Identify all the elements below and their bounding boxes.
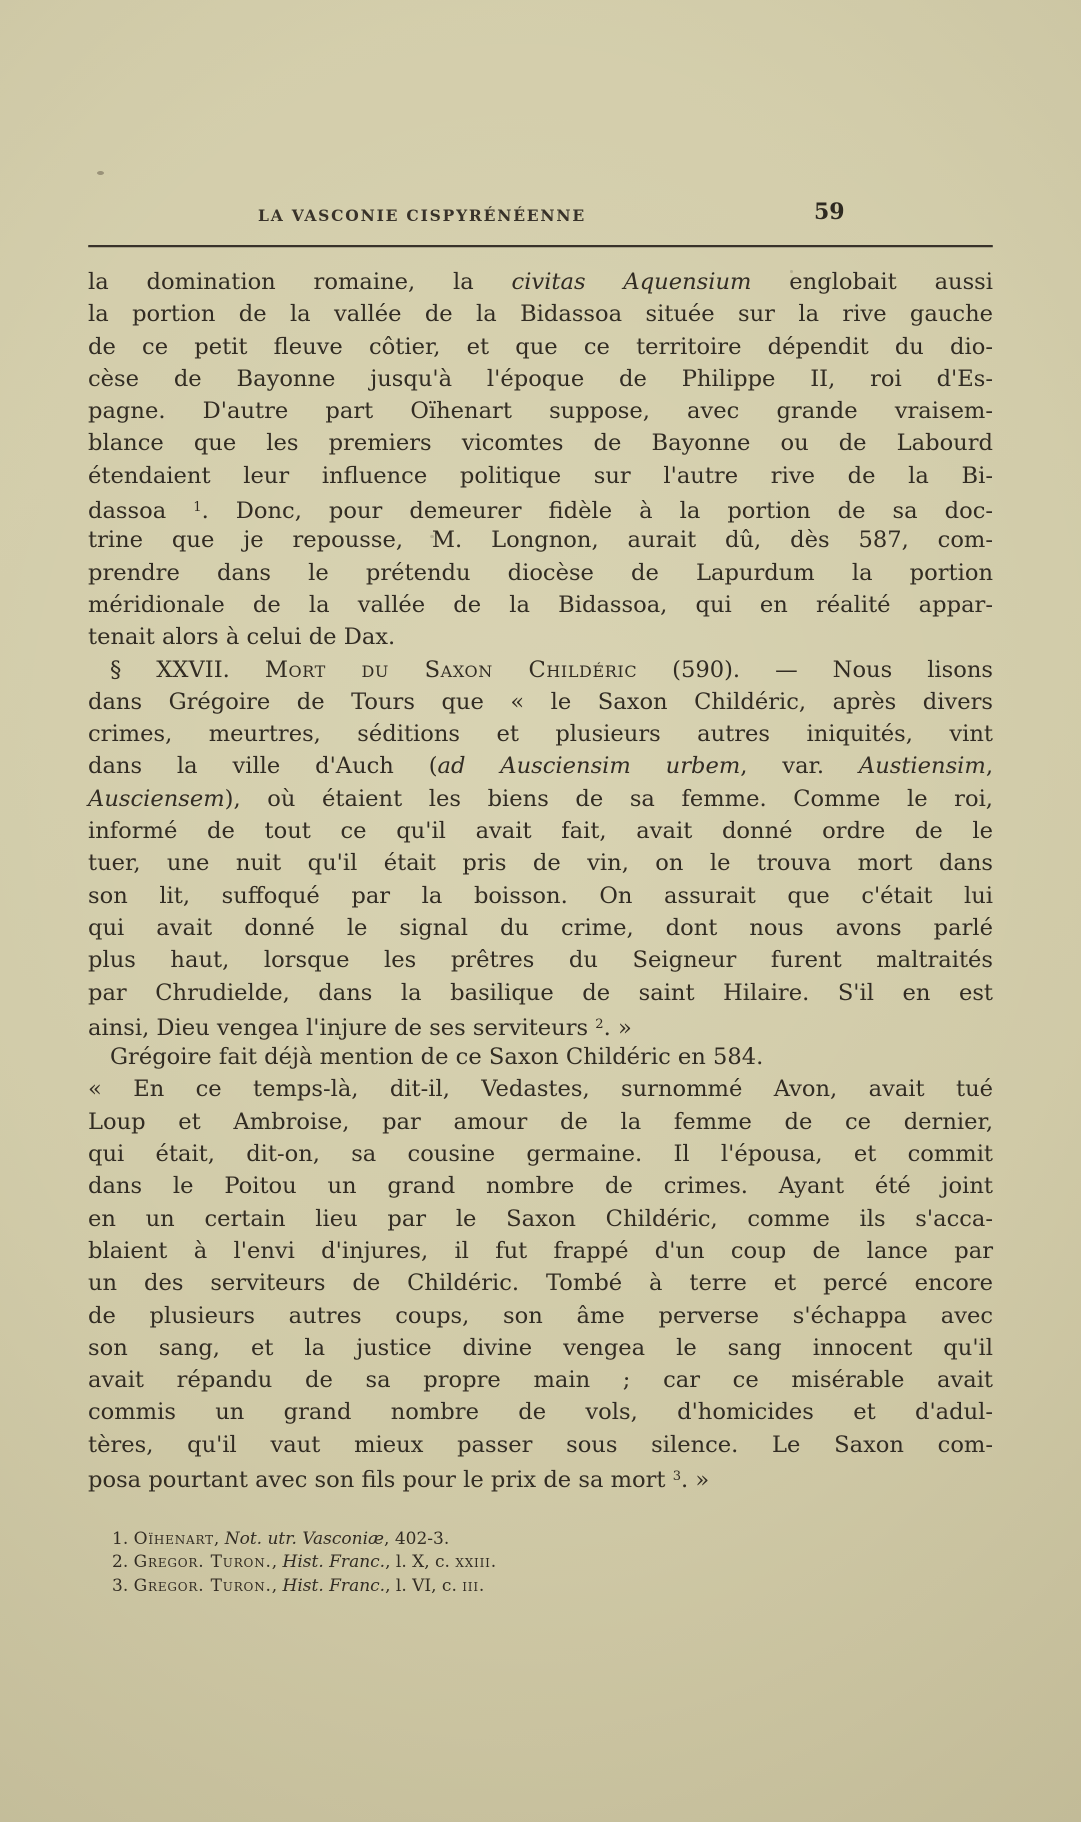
text-segment: de plusieurs autres coups, son âme perve… (88, 1303, 993, 1329)
text-segment: la domination romaine, la (88, 269, 512, 295)
text-line: dassoa 1. Donc, pour demeurer fidèle à l… (88, 492, 993, 524)
text-segment: Loup et Ambroise, par amour de la femme … (88, 1109, 993, 1135)
italic-text-segment: ad Ausciensim urbem (438, 753, 741, 779)
text-line: blaient à l'envi d'injures, il fut frapp… (88, 1235, 993, 1267)
text-segment: 3. (112, 1576, 134, 1596)
text-segment: blance que les premiers vicomtes de Bayo… (88, 430, 993, 456)
text-segment: de ce petit fleuve côtier, et que ce ter… (88, 334, 993, 360)
text-line: la portion de la vallée de la Bidassoa s… (88, 298, 993, 330)
footnote-reference: 3 (673, 1469, 681, 1484)
text-segment: ), où étaient les biens de sa femme. Com… (225, 786, 993, 812)
text-segment: , (272, 1576, 283, 1596)
text-segment: § XXVII. (110, 657, 265, 683)
text-line: tères, qu'il vaut mieux passer sous sile… (88, 1429, 993, 1461)
scanned-book-page: { "header": { "title": "LA VASCONIE CISP… (0, 0, 1081, 1822)
text-segment: méridionale de la vallée de la Bidassoa,… (88, 592, 993, 618)
text-line: son lit, suffoqué par la boisson. On ass… (88, 880, 993, 912)
small-caps-text-segment: Gregor. Turon. (134, 1552, 272, 1572)
italic-text-segment: Austiensim (859, 753, 986, 779)
text-segment: « En ce temps-là, dit-il, Vedastes, surn… (88, 1076, 993, 1102)
text-segment: dans Grégoire de Tours que « le Saxon Ch… (88, 689, 993, 715)
text-segment: . » (681, 1467, 709, 1493)
text-segment: tenait alors à celui de Dax. (88, 624, 395, 650)
text-segment: englobait aussi (751, 269, 993, 295)
text-segment: qui était, dit-on, sa cousine germaine. … (88, 1141, 993, 1167)
text-segment: , (986, 753, 993, 779)
text-line: § XXVII. Mort du Saxon Childéric (590). … (88, 654, 993, 686)
text-segment: . » (604, 1015, 632, 1041)
text-line: commis un grand nombre de vols, d'homici… (88, 1396, 993, 1428)
text-segment: . (479, 1576, 484, 1596)
text-segment: crimes, meurtres, séditions et plusieurs… (88, 721, 993, 747)
italic-text-segment: Hist. Franc. (283, 1576, 386, 1596)
text-segment: , (272, 1552, 283, 1572)
italic-text-segment: Not. utr. Vasconiæ (225, 1529, 384, 1549)
text-segment: en un certain lieu par le Saxon Childéri… (88, 1206, 993, 1232)
text-line: son sang, et la justice divine vengea le… (88, 1332, 993, 1364)
text-line: informé de tout ce qu'il avait fait, ava… (88, 815, 993, 847)
text-segment: , var. (740, 753, 859, 779)
text-segment: . (491, 1552, 496, 1572)
text-line: de plusieurs autres coups, son âme perve… (88, 1300, 993, 1332)
text-segment: prendre dans le prétendu diocèse de Lapu… (88, 560, 993, 586)
bleed-through-text (110, 1492, 950, 1518)
paper-speck (97, 171, 104, 175)
text-line: cèse de Bayonne jusqu'à l'époque de Phil… (88, 363, 993, 395)
text-segment: cèse de Bayonne jusqu'à l'époque de Phil… (88, 366, 993, 392)
text-segment: plus haut, lorsque les prêtres du Seigne… (88, 947, 993, 973)
paragraph-4: « En ce temps-là, dit-il, Vedastes, surn… (88, 1073, 993, 1493)
small-caps-text-segment: Oïhenart (134, 1529, 214, 1549)
text-line: trine que je repousse, M. Longnon, aurai… (88, 524, 993, 556)
italic-text-segment: civitas Aquensium (512, 269, 752, 295)
text-segment: posa pourtant avec son fils pour le prix… (88, 1467, 673, 1493)
page-number: 59 (814, 199, 845, 225)
text-segment: son lit, suffoqué par la boisson. On ass… (88, 883, 993, 909)
text-line: qui avait donné le signal du crime, dont… (88, 912, 993, 944)
paragraph-3: Grégoire fait déjà mention de ce Saxon C… (88, 1041, 993, 1073)
text-line: la domination romaine, la civitas Aquens… (88, 266, 993, 298)
text-segment: Grégoire fait déjà mention de ce Saxon C… (110, 1044, 763, 1070)
text-line: Grégoire fait déjà mention de ce Saxon C… (88, 1041, 993, 1073)
text-line: un des serviteurs de Childéric. Tombé à … (88, 1267, 993, 1299)
text-line: en un certain lieu par le Saxon Childéri… (88, 1203, 993, 1235)
body-text: la domination romaine, la civitas Aquens… (88, 266, 993, 1493)
text-line: tenait alors à celui de Dax. (88, 621, 993, 653)
text-line: pagne. D'autre part Oïhenart suppose, av… (88, 395, 993, 427)
text-segment: par Chrudielde, dans la basilique de sai… (88, 980, 993, 1006)
footnote-reference: 2 (595, 1017, 603, 1032)
small-caps-text-segment: Mort du Saxon Childéric (265, 657, 637, 683)
text-segment: trine que je repousse, M. Longnon, aurai… (88, 527, 993, 553)
paragraph-1: la domination romaine, la civitas Aquens… (88, 266, 993, 654)
italic-text-segment: Ausciensem (88, 786, 225, 812)
text-segment: dans le Poitou un grand nombre de crimes… (88, 1173, 993, 1199)
small-caps-text-segment: Gregor. Turon. (134, 1576, 272, 1596)
text-segment: blaient à l'envi d'injures, il fut frapp… (88, 1238, 993, 1264)
small-caps-text-segment: xxiii (455, 1552, 490, 1572)
text-segment: tères, qu'il vaut mieux passer sous sile… (88, 1432, 993, 1458)
footnote-2: 2. Gregor. Turon., Hist. Franc., l. X, c… (112, 1551, 972, 1574)
text-segment: , l. VI, c. (385, 1576, 462, 1596)
text-segment: dassoa (88, 498, 193, 524)
text-line: blance que les premiers vicomtes de Bayo… (88, 427, 993, 459)
text-segment: qui avait donné le signal du crime, dont… (88, 915, 993, 941)
text-segment: dans la ville d'Auch ( (88, 753, 438, 779)
text-line: posa pourtant avec son fils pour le prix… (88, 1461, 993, 1493)
text-line: Loup et Ambroise, par amour de la femme … (88, 1106, 993, 1138)
text-line: tuer, une nuit qu'il était pris de vin, … (88, 847, 993, 879)
text-line: de ce petit fleuve côtier, et que ce ter… (88, 331, 993, 363)
text-segment: un des serviteurs de Childéric. Tombé à … (88, 1270, 993, 1296)
text-line: qui était, dit-on, sa cousine germaine. … (88, 1138, 993, 1170)
footnotes-section: 1. Oïhenart, Not. utr. Vasconiæ, 402-3.2… (112, 1528, 972, 1598)
text-segment: son sang, et la justice divine vengea le… (88, 1335, 993, 1361)
footnote-reference: 1 (193, 500, 201, 515)
text-segment: commis un grand nombre de vols, d'homici… (88, 1399, 993, 1425)
text-line: par Chrudielde, dans la basilique de sai… (88, 977, 993, 1009)
text-line: crimes, meurtres, séditions et plusieurs… (88, 718, 993, 750)
text-line: ainsi, Dieu vengea l'injure de ses servi… (88, 1009, 993, 1041)
footnote-1: 1. Oïhenart, Not. utr. Vasconiæ, 402-3. (112, 1528, 972, 1551)
text-segment: informé de tout ce qu'il avait fait, ava… (88, 818, 993, 844)
text-line: plus haut, lorsque les prêtres du Seigne… (88, 944, 993, 976)
text-line: dans la ville d'Auch (ad Ausciensim urbe… (88, 750, 993, 782)
paragraph-2: § XXVII. Mort du Saxon Childéric (590). … (88, 654, 993, 1042)
text-segment: tuer, une nuit qu'il était pris de vin, … (88, 850, 993, 876)
text-line: dans le Poitou un grand nombre de crimes… (88, 1170, 993, 1202)
text-line: étendaient leur influence politique sur … (88, 460, 993, 492)
text-segment: 1. (112, 1529, 134, 1549)
text-segment: étendaient leur influence politique sur … (88, 463, 993, 489)
text-segment: , 402-3. (384, 1529, 449, 1549)
text-segment: ainsi, Dieu vengea l'injure de ses servi… (88, 1015, 595, 1041)
text-line: prendre dans le prétendu diocèse de Lapu… (88, 557, 993, 589)
text-segment: la portion de la vallée de la Bidassoa s… (88, 301, 993, 327)
text-segment: 2. (112, 1552, 134, 1572)
text-line: méridionale de la vallée de la Bidassoa,… (88, 589, 993, 621)
footnote-3: 3. Gregor. Turon., Hist. Franc., l. VI, … (112, 1575, 972, 1598)
small-caps-text-segment: iii (462, 1576, 479, 1596)
text-segment: pagne. D'autre part Oïhenart suppose, av… (88, 398, 993, 424)
text-line: dans Grégoire de Tours que « le Saxon Ch… (88, 686, 993, 718)
text-segment: (590). — Nous lisons (637, 657, 993, 683)
text-segment: . Donc, pour demeurer fidèle à la portio… (202, 498, 993, 524)
text-line: avait répandu de sa propre main ; car ce… (88, 1364, 993, 1396)
text-segment: , l. X, c. (385, 1552, 455, 1572)
running-header-title: LA VASCONIE CISPYRÉNÉENNE (258, 206, 586, 225)
italic-text-segment: Hist. Franc. (283, 1552, 386, 1572)
text-segment: avait répandu de sa propre main ; car ce… (88, 1367, 993, 1393)
text-segment: , (214, 1529, 225, 1549)
text-line: « En ce temps-là, dit-il, Vedastes, surn… (88, 1073, 993, 1105)
text-line: Ausciensem), où étaient les biens de sa … (88, 783, 993, 815)
